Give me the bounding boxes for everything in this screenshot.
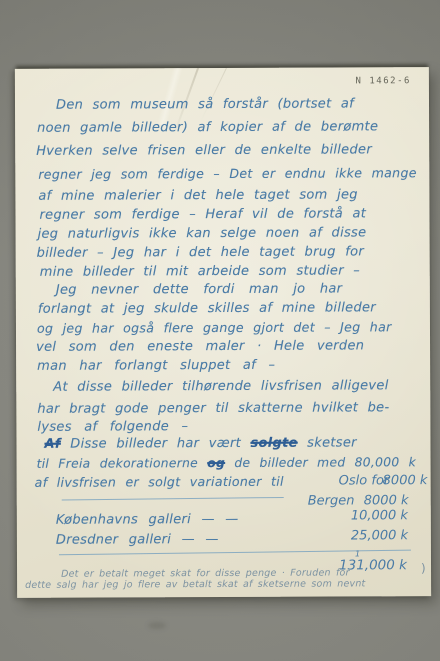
account-kobenhavn-amount: 10,000 k xyxy=(351,508,408,523)
account-bergen-amount: 8000 k xyxy=(364,493,409,508)
handwritten-line-6: regner som ferdige – Heraf vil de forstå… xyxy=(39,206,366,222)
account-dresden-label: Dresdner galleri — — xyxy=(56,532,219,548)
handwritten-line-11: forlangt at jeg skulde skilles af mine b… xyxy=(38,300,376,316)
handwritten-line-1: Den som museum så forstår (bortset af xyxy=(56,96,354,112)
handwritten-line-19: til Freia dekorationerne og de billeder … xyxy=(37,455,417,471)
handwritten-line-14: man har forlangt sluppet af – xyxy=(37,358,275,374)
handwritten-line-7: jeg naturligvis ikke kan selge noen af d… xyxy=(38,225,367,241)
account-bergen-label: Bergen xyxy=(308,493,355,508)
line-text: til Freia dekorationerne xyxy=(37,456,199,471)
handwritten-line-10: Jeg nevner dette fordi man jo har xyxy=(56,281,343,297)
letter-paper: N 1462-6 Den som museum så forstår (bort… xyxy=(15,67,431,598)
pencil-paren-mark: ) xyxy=(421,561,426,575)
handwritten-line-8: billeder – Jeg har i det hele taget brug… xyxy=(37,244,364,260)
handwritten-line-3: Hverken selve frisen eller de enkelte bi… xyxy=(36,142,372,158)
line-text: Disse billeder har vært xyxy=(70,436,241,452)
background-smudge xyxy=(148,622,166,629)
struck-word: Af xyxy=(44,437,60,452)
handwritten-line-9: mine billeder til mit arbeide som studie… xyxy=(40,263,360,279)
account-dresden-amount: 25,000 k xyxy=(351,528,408,543)
handwritten-line-13: vel som den eneste maler · Hele verden xyxy=(36,338,364,354)
handwritten-line-5: af mine malerier i det hele taget som je… xyxy=(38,187,357,203)
handwritten-line-2: noen gamle billeder) af kopier af de ber… xyxy=(37,119,378,135)
handwritten-line-16: har bragt gode penger til skatterne hvil… xyxy=(37,400,389,417)
pencil-note-line-2: dette salg har jeg jo flere av betalt sk… xyxy=(25,578,365,590)
struck-word: og xyxy=(207,456,225,470)
handwritten-line-4: regner jeg som ferdige – Det er endnu ik… xyxy=(38,165,417,182)
handwritten-line-20: af livsfrisen er solgt variationer til xyxy=(35,474,284,490)
handwritten-line-12: og jeg har også flere gange gjort det – … xyxy=(37,319,392,336)
archive-number: N 1462-6 xyxy=(356,76,411,86)
handwritten-line-18: Af Disse billeder har vært solgte sketse… xyxy=(44,435,356,451)
handwritten-line-17: lyses af folgende – xyxy=(37,419,188,435)
line-text: sketser xyxy=(307,435,357,450)
struck-word: solgte xyxy=(250,436,297,451)
account-kobenhavn-label: Københavns galleri — — xyxy=(56,512,239,528)
account-oslo-amount: 8000 k xyxy=(383,473,428,488)
line-text: de billeder med 80,000 k xyxy=(234,455,416,470)
handwritten-line-15: At disse billeder tilhørende livsfrisen … xyxy=(53,378,388,394)
ink-rule-top xyxy=(62,497,284,501)
